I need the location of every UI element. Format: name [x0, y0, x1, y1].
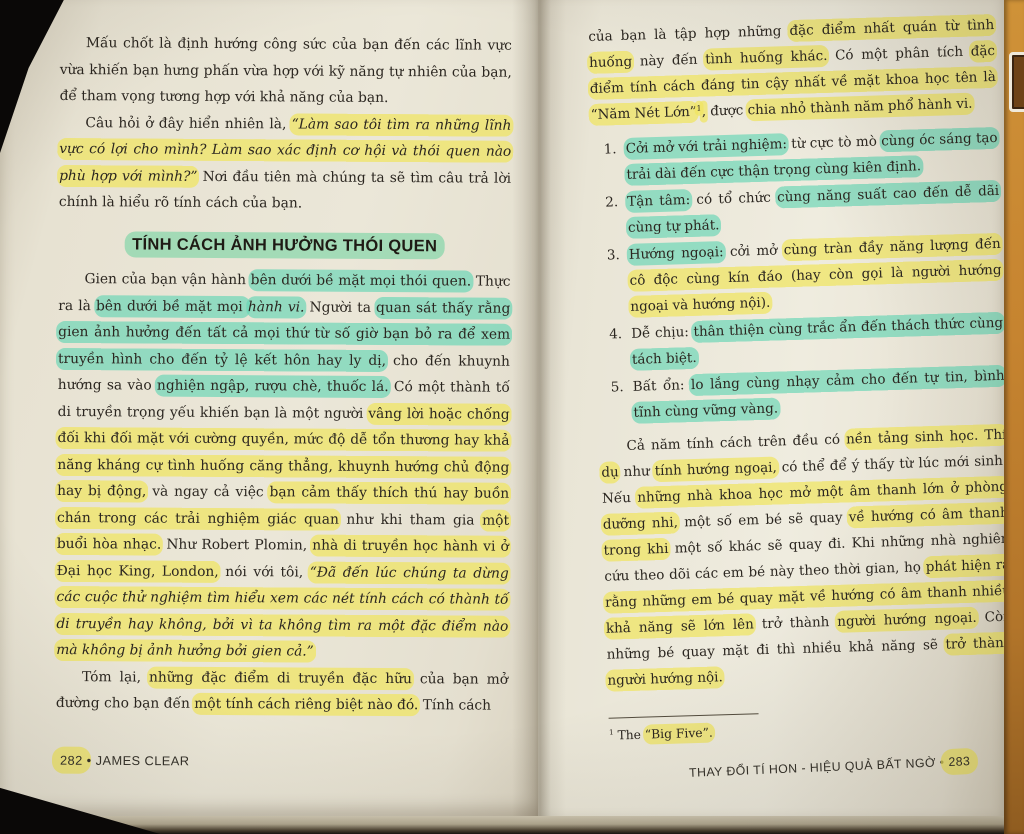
side-book-logo-icon	[1009, 52, 1024, 112]
footnote-rule	[609, 713, 759, 718]
body-text: Dễ chịu:	[631, 324, 694, 342]
left-page: Mấu chốt là định hướng công sức của bạn …	[0, 0, 538, 816]
body-text: • JAMES CLEAR	[83, 753, 190, 769]
highlighted-text: chia nhỏ thành năm phổ hành vi.	[745, 93, 975, 122]
list-item-text: Dễ chịu: thân thiện cùng trắc ẩn đến thá…	[631, 310, 1004, 373]
body-text: nói với tôi,	[219, 563, 310, 580]
body-text: Như Robert Plomin,	[161, 537, 312, 554]
list-item-number: 4.	[597, 321, 633, 374]
body-text: được	[706, 102, 748, 119]
body-text: như khi tham gia	[339, 511, 482, 528]
highlighted-text: thân thiện cùng trắc ẩn đến thách thức c…	[630, 312, 1006, 371]
highlighted-text: những đặc điểm di truyền đặc hữu	[147, 666, 414, 690]
footnote-text: 1 The “Big Five”.	[609, 714, 1015, 746]
body-text: The	[613, 728, 645, 743]
left-page-text-column: Mấu chốt là định hướng công sức của bạn …	[56, 30, 512, 719]
list-item-number: 3.	[594, 242, 630, 321]
list-item-text: Bất ổn: lo lắng cùng nhạy cảm cho đến tự…	[632, 363, 1005, 426]
paragraph: Gien của bạn vận hành bên dưới bề mặt mọ…	[56, 266, 510, 666]
highlighted-text: 283	[939, 748, 978, 776]
highlighted-text: bên dưới bề mặt mọi	[94, 295, 250, 318]
body-text: một số em bé sẽ quay	[678, 509, 849, 530]
list-item-text: Hướng ngoại: cởi mở cùng tràn đầy năng l…	[628, 231, 1002, 320]
paragraph: Cả năm tính cách trên đều có nền tảng si…	[600, 422, 1014, 694]
section-heading: TÍNH CÁCH ẢNH HƯỞNG THÓI QUEN	[59, 230, 511, 259]
body-text: Cả năm tính cách trên đều có	[626, 432, 846, 455]
list-item-text: Tận tâm: có tổ chức cùng năng suất cao đ…	[627, 178, 1000, 241]
big-five-list-item: 3.Hướng ngoại: cởi mở cùng tràn đầy năng…	[594, 231, 1002, 321]
body-text: từ cực tò mò	[787, 133, 882, 152]
body-text: Bất ổn:	[633, 377, 692, 395]
big-five-list: 1.Cởi mở với trải nghiệm: từ cực tò mò c…	[591, 125, 1005, 427]
footnote: 1 The “Big Five”.	[609, 706, 1016, 746]
body-text: Mấu chốt là định hướng công sức của bạn …	[60, 35, 512, 106]
body-text: Tóm lại,	[82, 669, 149, 685]
paragraph: Mấu chốt là định hướng công sức của bạn …	[60, 30, 512, 112]
left-bottom-paragraphs: Gien của bạn vận hành bên dưới bề mặt mọ…	[56, 266, 511, 719]
highlighted-text: người hướng ngoại.	[835, 607, 979, 633]
list-item-number: 5.	[598, 374, 634, 427]
body-text: THAY ĐỔI TÍ HON - HIỆU QUẢ BẤT NGỜ	[688, 756, 935, 780]
highlighted-text: “Big Five”.	[643, 723, 715, 745]
body-text: như	[618, 463, 655, 480]
right-page: của bạn là tập hợp những đặc điểm nhất q…	[538, 0, 1004, 826]
paragraph: Tóm lại, những đặc điểm di truyền đặc hữ…	[56, 663, 508, 719]
body-text: có tổ chức	[690, 189, 777, 208]
paragraph: của bạn là tập hợp những đặc điểm nhất q…	[588, 12, 997, 128]
right-bottom-paragraph: Cả năm tính cách trên đều có nền tảng si…	[600, 422, 1014, 694]
highlighted-text: Cởi mở với trải nghiệm:	[623, 133, 789, 160]
left-top-paragraphs: Mấu chốt là định hướng công sức của bạn …	[59, 30, 512, 218]
highlighted-text: nghiện ngập, rượu chè, thuốc lá.	[155, 375, 391, 398]
body-text: của bạn là tập hợp những	[588, 23, 790, 45]
body-text: Người ta	[304, 299, 376, 315]
body-text: này đến	[632, 52, 706, 70]
body-text: trở thành	[754, 614, 838, 632]
right-page-footer: THAY ĐỔI TÍ HON - HIỆU QUẢ BẤT NGỜ • 283	[688, 754, 970, 780]
body-text: cởi mở	[723, 242, 784, 260]
list-item-text: Cởi mở với trải nghiệm: từ cực tò mò cùn…	[625, 125, 998, 188]
body-text: Câu hỏi ở đây hiển nhiên là,	[85, 115, 291, 132]
list-item-number: 2.	[593, 189, 629, 242]
highlighted-text: hành vi.	[246, 296, 307, 318]
body-text: và ngay cả việc	[146, 484, 269, 501]
left-page-footer: 282 • JAMES CLEAR	[60, 753, 190, 769]
big-five-list-item: 5.Bất ổn: lo lắng cùng nhạy cảm cho đến …	[598, 363, 1005, 427]
highlighted-text: tình huống khác.	[703, 45, 830, 71]
body-text: Gien của bạn vận hành	[84, 271, 250, 288]
paragraph: Câu hỏi ở đây hiển nhiên là, “Làm sao tô…	[59, 109, 512, 218]
right-page-text-column: của bạn là tập hợp những đặc điểm nhất q…	[588, 12, 1015, 746]
list-item-number: 1.	[591, 136, 627, 189]
highlighted-text: một tính cách riêng biệt nào đó.	[192, 693, 420, 716]
section-heading-text: TÍNH CÁCH ẢNH HƯỞNG THÓI QUEN	[125, 231, 444, 259]
orange-book-edge	[1004, 0, 1024, 834]
highlighted-text: tính hướng ngoại,	[652, 457, 779, 483]
highlighted-text: Tận tâm:	[625, 189, 692, 213]
open-book: Mấu chốt là định hướng công sức của bạn …	[0, 0, 1004, 834]
body-text: Tính cách	[418, 697, 491, 713]
highlighted-text: Hướng ngoại:	[627, 241, 726, 266]
highlighted-text: lo lắng cùng nhạy cảm cho đến tự tin, bì…	[631, 365, 1007, 424]
highlighted-text: bên dưới bề mặt mọi thói quen.	[249, 269, 474, 292]
body-text: Có một phân tích	[827, 44, 971, 64]
right-top-paragraph: của bạn là tập hợp những đặc điểm nhất q…	[588, 12, 997, 128]
